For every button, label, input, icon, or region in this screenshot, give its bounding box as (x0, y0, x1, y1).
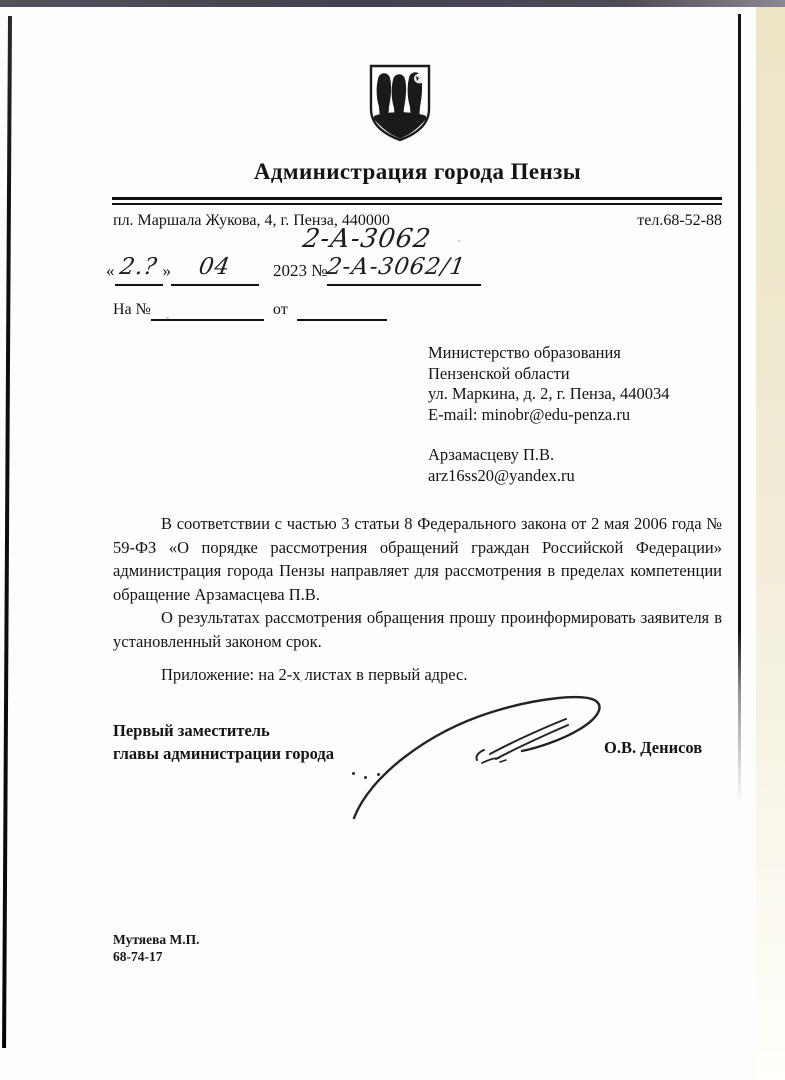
recipient-email: E-mail: minobr@edu-penza.ru (428, 405, 669, 426)
recipient-person-email: arz16ss20@yandex.ru (428, 466, 669, 487)
executor-block: Мутяева М.П. 68-74-17 (113, 931, 199, 965)
executor-name: Мутяева М.П. (113, 931, 199, 948)
letter-body: В соответствии с частью 3 статьи 8 Федер… (113, 512, 722, 654)
ink-dot (352, 772, 355, 775)
signer-name: О.В. Денисов (604, 738, 702, 758)
recipient-line: Пензенской области (428, 364, 669, 385)
scan-speckle (458, 240, 460, 242)
scan-speckle (300, 680, 302, 682)
org-phone: тел.68-52-88 (637, 212, 722, 230)
quote-close: » (163, 256, 172, 286)
incoming-ref-line: На № от (113, 299, 387, 321)
handwritten-reference-number: 2-А-3062 (303, 224, 431, 254)
from-label: от (273, 299, 288, 321)
body-paragraph-1: В соответствии с частью 3 статьи 8 Федер… (113, 512, 722, 606)
handwritten-day-field: 2.? (115, 254, 163, 286)
incoming-date-blank (297, 299, 387, 321)
scan-speckle (640, 620, 642, 622)
ink-dot (377, 773, 380, 776)
handwritten-signature (332, 680, 622, 830)
scan-top-edge-band (0, 0, 785, 7)
scan-right-page-edge (756, 5, 785, 1080)
recipient-block: Министерство образования Пензенской обла… (428, 343, 669, 486)
year-and-number-sign: 2023 № (273, 256, 327, 286)
signer-position-line2: главы администрации города (113, 742, 334, 765)
recipient-gap (428, 425, 669, 445)
org-title: Администрация города Пензы (113, 159, 722, 185)
handwritten-outgoing-number-field: 2-А-3062/1 (327, 254, 481, 286)
ink-dot (364, 776, 367, 779)
penza-coat-of-arms-icon (367, 63, 433, 143)
date-number-line: « 2.? » 04 2023 № 2-А-3062/1 (106, 254, 481, 286)
quote-open: « (106, 256, 115, 286)
scan-left-fold-line (2, 16, 12, 1048)
signer-position: Первый заместитель главы администрации г… (113, 719, 334, 765)
body-paragraph-2: О результатах рассмотрения обращения про… (113, 606, 722, 653)
scan-right-edge-line (738, 14, 741, 804)
scan-speckle (166, 317, 169, 319)
scanned-letter-page: Администрация города Пензы пл. Маршала Ж… (0, 0, 785, 1080)
recipient-line: Министерство образования (428, 343, 669, 364)
handwritten-month-field: 04 (171, 254, 259, 286)
recipient-person: Арзамасцеву П.В. (428, 445, 669, 466)
incoming-ref-label: На № (113, 299, 151, 321)
header-double-rule (112, 197, 722, 205)
recipient-line: ул. Маркина, д. 2, г. Пенза, 440034 (428, 384, 669, 405)
signer-position-line1: Первый заместитель (113, 719, 334, 742)
executor-phone: 68-74-17 (113, 948, 199, 965)
